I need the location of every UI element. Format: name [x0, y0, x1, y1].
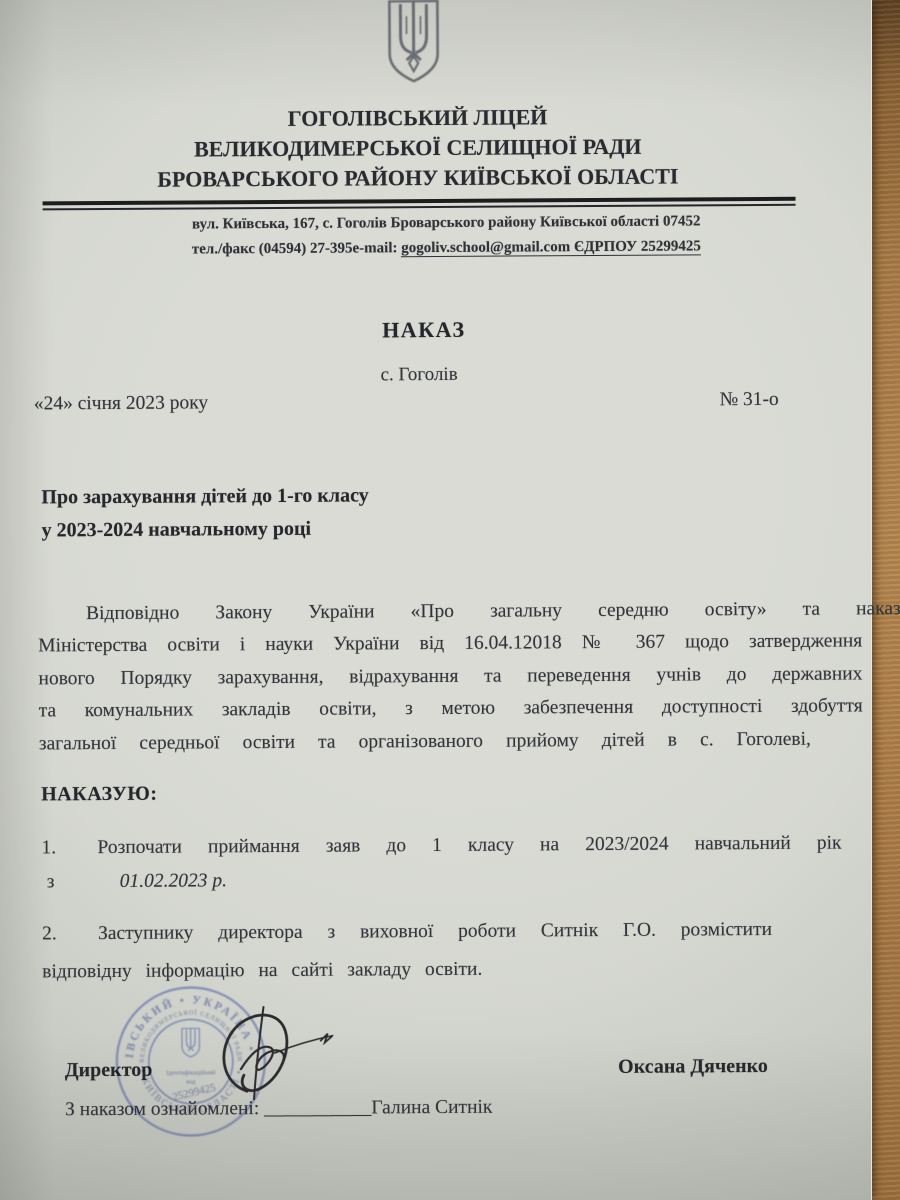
item1-number: 1. — [41, 837, 97, 859]
ukraine-trident-emblem — [384, 0, 443, 86]
director-name: Оксана Дяченко — [618, 1055, 768, 1079]
item1-line2-prefix: з — [47, 871, 120, 893]
order-item-1-continuation: з01.02.2023 р. — [47, 866, 847, 893]
address-email-edrpou: gogoliv.school@gmail.com ЄДРПОУ 25299425 — [401, 238, 701, 257]
item1-start-date: 01.02.2023 р. — [120, 870, 227, 892]
order-item-1: 1.Розпочати приймання заяв до 1 класу на… — [41, 833, 841, 860]
order-number: № 31-о — [719, 389, 778, 411]
stamp-id-label-line2: код — [186, 1078, 196, 1085]
header-divider-rule — [43, 197, 796, 211]
item2-text: Заступнику директора з виховної роботи С… — [98, 919, 772, 944]
preamble-line: загальної середньої освіти та організова… — [39, 723, 863, 761]
school-name: ГОГОЛІВСЬКИЙ ЛІЦЕЙ ВЕЛИКОДИМЕРСЬКОЇ СЕЛИ… — [0, 100, 853, 195]
order-title: НАКАЗ — [0, 314, 858, 345]
address-block: вул. Київська, 167, с. Гоголів Броварськ… — [12, 208, 881, 263]
item2-number: 2. — [42, 923, 98, 945]
subject-line1: Про зарахування дітей до 1-го класу — [41, 479, 369, 514]
order-subject: Про зарахування дітей до 1-го класу у 20… — [41, 479, 369, 547]
order-item-2: 2.Заступнику директора з виховної роботи… — [42, 919, 842, 946]
school-name-line3: БРОВАРСЬКОГО РАЙОНУ КИЇВСЬКОЇ ОБЛАСТІ — [0, 160, 853, 195]
order-date: «24» січня 2023 року — [34, 392, 208, 415]
preamble-line: та комунальних закладів освіти, з метою … — [39, 690, 863, 728]
directive-heading: НАКАЗУЮ: — [41, 783, 158, 807]
director-handwritten-signature — [202, 991, 348, 1112]
item1-text: Розпочати приймання заяв до 1 класу на 2… — [97, 833, 841, 859]
address-line2: тел./факс (04594) 27-395e-mail: gogoliv.… — [12, 233, 881, 263]
preamble-line: Міністерства освіти і науки України від … — [38, 625, 862, 663]
document-content: ГОГОЛІВСЬКИЙ ЛІЦЕЙ ВЕЛИКОДИМЕРСЬКОЇ СЕЛИ… — [0, 0, 875, 1200]
subject-line2: у 2023-2024 навчальному році — [41, 512, 369, 547]
document-paper: ГОГОЛІВСЬКИЙ ЛІЦЕЙ ВЕЛИКОДИМЕРСЬКОЇ СЕЛИ… — [0, 0, 872, 1200]
ack-name: Галина Ситнік — [371, 1097, 492, 1119]
order-place: с. Гоголів — [0, 361, 854, 388]
date-number-row: «24» січня 2023 року № 31-о — [34, 389, 779, 416]
address-line2-prefix: тел./факс (04594) 27-395e-mail: — [192, 240, 401, 257]
stamp-trident-icon — [182, 1028, 200, 1057]
